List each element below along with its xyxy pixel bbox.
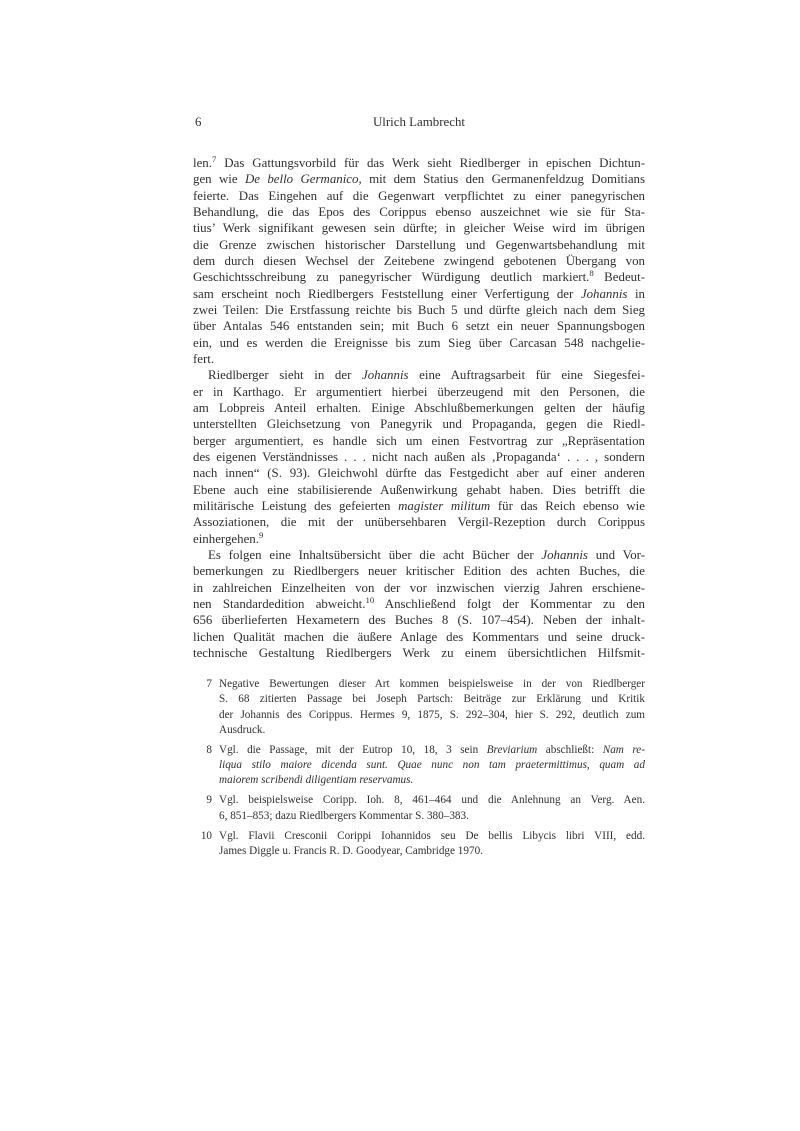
text-segment: Johannis — [581, 287, 628, 301]
text-segment: Negative Bewertungen dieser Art kommen b… — [219, 678, 645, 690]
footnote: 8Vgl. die Passage, mit der Eutrop 10, 18… — [193, 743, 645, 789]
text-line: nen Standardedition abweicht.10 Anschlie… — [193, 596, 645, 612]
footnote-number: 8 — [193, 743, 212, 789]
text-line: am Lobpreis Anteil erhalten. Einige Absc… — [193, 400, 645, 416]
text-segment: die Grenze zwischen historischer Darstel… — [193, 238, 645, 252]
text-segment: Vgl. die Passage, mit der Eutrop 10, 18,… — [219, 744, 487, 756]
text-line: einhergehen.9 — [193, 531, 645, 547]
text-segment: feierte. Das Eingehen auf die Gegenwart … — [193, 189, 645, 203]
paragraph: len.7 Das Gattungsvorbild für das Werk s… — [193, 155, 645, 367]
text-line: bemerkungen zu Riedlbergers neuer kritis… — [193, 563, 645, 579]
text-line: Behandlung, die das Epos des Corippus eb… — [193, 204, 645, 220]
text-segment: des eigenen Verständnisses . . . nicht n… — [193, 450, 645, 464]
text-segment: Bedeut- — [594, 270, 645, 284]
text-segment: technische Gestaltung Riedlbergers Werk … — [193, 646, 645, 660]
text-line: sam erscheint noch Riedlbergers Feststel… — [193, 286, 645, 302]
footnote-reference: 9 — [259, 530, 263, 540]
text-line: in zahlreichen Einzelheiten von der vor … — [193, 580, 645, 596]
footnote-reference: 10 — [365, 595, 374, 605]
document-page: 6 Ulrich Lambrecht len.7 Das Gattungsvor… — [0, 0, 800, 1131]
text-line: die Grenze zwischen historischer Darstel… — [193, 237, 645, 253]
text-segment: in — [627, 287, 645, 301]
text-segment: Assoziationen, die mit der unübersehbare… — [193, 515, 645, 529]
text-line: gen wie De bello Germanico, mit dem Stat… — [193, 171, 645, 187]
text-segment: len. — [193, 156, 212, 170]
text-segment: Vgl. beispielsweise Coripp. Ioh. 8, 461–… — [219, 794, 645, 806]
text-line: liqua stilo maiore dicenda sunt. Quae nu… — [219, 758, 645, 773]
text-segment: über Antalas 546 entstanden sein; mit Bu… — [193, 319, 645, 333]
text-segment: ein, und es werden die Ereignisse bis zu… — [193, 336, 645, 350]
text-line: Riedlberger sieht in der Johannis eine A… — [193, 367, 645, 383]
footnote: 7Negative Bewertungen dieser Art kommen … — [193, 677, 645, 738]
text-line: 656 überlieferten Hexametern des Buches … — [193, 612, 645, 628]
text-line: fert. — [193, 351, 645, 367]
text-line: über Antalas 546 entstanden sein; mit Bu… — [193, 318, 645, 334]
text-segment: maiorem scribendi diligentiam reservamus… — [219, 774, 413, 786]
text-segment: er in Karthago. Er argumentiert hierbei … — [193, 385, 645, 399]
text-line: nach innen“ (S. 93). Gleichwohl dürfte d… — [193, 465, 645, 481]
text-line: 6, 851–853; dazu Riedlbergers Kommentar … — [219, 809, 645, 824]
text-line: zwei Teilen: Die Erstfassung reichte bis… — [193, 302, 645, 318]
text-line: er in Karthago. Er argumentiert hierbei … — [193, 384, 645, 400]
text-segment: sam erscheint noch Riedlbergers Feststel… — [193, 287, 581, 301]
text-segment: gen wie — [193, 172, 245, 186]
text-segment: nen Standardedition abweicht. — [193, 597, 365, 611]
text-segment: Ebene auch eine stabilisierende Außenwir… — [193, 483, 645, 497]
footnote-number: 7 — [193, 677, 212, 738]
body-text: len.7 Das Gattungsvorbild für das Werk s… — [193, 155, 645, 661]
text-line: des eigenen Verständnisses . . . nicht n… — [193, 449, 645, 465]
text-line: James Diggle u. Francis R. D. Goodyear, … — [219, 844, 645, 859]
text-segment: De bello Germanico — [245, 172, 359, 186]
text-segment: am Lobpreis Anteil erhalten. Einige Absc… — [193, 401, 645, 415]
footnotes-block: 7Negative Bewertungen dieser Art kommen … — [193, 677, 645, 859]
footnote: 9Vgl. beispielsweise Coripp. Ioh. 8, 461… — [193, 793, 645, 823]
text-line: tius’ Werk signifikant gewesen sein dürf… — [193, 220, 645, 236]
text-segment: Breviarium — [487, 744, 538, 756]
footnote-text: Vgl. beispielsweise Coripp. Ioh. 8, 461–… — [219, 793, 645, 823]
text-line: militärische Leistung des gefeierten mag… — [193, 498, 645, 514]
footnote-text: Vgl. Flavii Cresconii Corippi Iohannidos… — [219, 829, 645, 859]
footnote-number: 10 — [193, 829, 212, 859]
text-segment: James Diggle u. Francis R. D. Goodyear, … — [219, 845, 483, 857]
text-segment: fert. — [193, 352, 214, 366]
text-line: dem durch diesen Wechsel der Zeitebene z… — [193, 253, 645, 269]
text-line: lichen Qualität machen die äußere Anlage… — [193, 629, 645, 645]
text-line: technische Gestaltung Riedlbergers Werk … — [193, 645, 645, 661]
text-segment: Vgl. Flavii Cresconii Corippi Iohannidos… — [219, 830, 645, 842]
text-line: der Johannis des Corippus. Hermes 9, 187… — [219, 708, 645, 723]
text-segment: 656 überlieferten Hexametern des Buches … — [193, 613, 645, 627]
text-segment: der Johannis des Corippus. Hermes 9, 187… — [219, 709, 645, 721]
page-number: 6 — [195, 114, 201, 131]
text-segment: Das Gattungsvorbild für das Werk sieht R… — [216, 156, 645, 170]
text-line: Vgl. die Passage, mit der Eutrop 10, 18,… — [219, 743, 645, 758]
text-segment: Behandlung, die das Epos des Corippus eb… — [193, 205, 645, 219]
text-segment: unterstellten Gleichsetzung von Panegyri… — [193, 417, 645, 431]
text-segment: einhergehen. — [193, 532, 259, 546]
text-segment: bemerkungen zu Riedlbergers neuer kritis… — [193, 564, 645, 578]
text-segment: Riedlberger sieht in der — [208, 368, 362, 382]
text-column: 6 Ulrich Lambrecht len.7 Das Gattungsvor… — [193, 114, 645, 859]
text-line: unterstellten Gleichsetzung von Panegyri… — [193, 416, 645, 432]
text-segment: Johannis — [541, 548, 588, 562]
running-head-title: Ulrich Lambrecht — [193, 114, 645, 131]
text-segment: in zahlreichen Einzelheiten von der vor … — [193, 581, 645, 595]
text-line: S. 68 zitierten Passage bei Joseph Parts… — [219, 692, 645, 707]
text-line: feierte. Das Eingehen auf die Gegenwart … — [193, 188, 645, 204]
text-line: Ebene auch eine stabilisierende Außenwir… — [193, 482, 645, 498]
text-segment: dem durch diesen Wechsel der Zeitebene z… — [193, 254, 645, 268]
text-segment: abschließt: — [537, 744, 602, 756]
paragraph: Es folgen eine Inhaltsübersicht über die… — [193, 547, 645, 661]
footnote-text: Negative Bewertungen dieser Art kommen b… — [219, 677, 645, 738]
text-line: Es folgen eine Inhaltsübersicht über die… — [193, 547, 645, 563]
footnote-number: 9 — [193, 793, 212, 823]
text-segment: eine Auftragsarbeit für eine Siegesfei- — [409, 368, 645, 382]
text-line: Negative Bewertungen dieser Art kommen b… — [219, 677, 645, 692]
paragraph: Riedlberger sieht in der Johannis eine A… — [193, 367, 645, 547]
text-segment: nach innen“ (S. 93). Gleichwohl dürfte d… — [193, 466, 645, 480]
text-segment: magister militum — [398, 499, 490, 513]
text-line: len.7 Das Gattungsvorbild für das Werk s… — [193, 155, 645, 171]
text-segment: , mit dem Statius den Germanenfeldzug Do… — [358, 172, 645, 186]
text-segment: Johannis — [362, 368, 409, 382]
text-segment: Geschichtsschreibung zu panegyrischer Wü… — [193, 270, 589, 284]
text-segment: 6, 851–853; dazu Riedlbergers Kommentar … — [219, 810, 469, 822]
text-line: Vgl. beispielsweise Coripp. Ioh. 8, 461–… — [219, 793, 645, 808]
text-line: berger argumentiert, es handle sich um e… — [193, 433, 645, 449]
text-segment: Nam re- — [603, 744, 645, 756]
footnote-text: Vgl. die Passage, mit der Eutrop 10, 18,… — [219, 743, 645, 789]
running-header: 6 Ulrich Lambrecht — [193, 114, 645, 131]
text-line: maiorem scribendi diligentiam reservamus… — [219, 773, 645, 788]
text-segment: Ausdruck. — [219, 724, 265, 736]
text-segment: militärische Leistung des gefeierten — [193, 499, 398, 513]
text-segment: und Vor- — [588, 548, 645, 562]
text-segment: tius’ Werk signifikant gewesen sein dürf… — [193, 221, 645, 235]
text-segment: Anschließend folgt der Kommentar zu den — [374, 597, 645, 611]
footnote: 10Vgl. Flavii Cresconii Corippi Iohannid… — [193, 829, 645, 859]
text-segment: S. 68 zitierten Passage bei Joseph Parts… — [219, 693, 645, 705]
text-segment: lichen Qualität machen die äußere Anlage… — [193, 630, 645, 644]
text-segment: zwei Teilen: Die Erstfassung reichte bis… — [193, 303, 645, 317]
text-segment: Es folgen eine Inhaltsübersicht über die… — [208, 548, 541, 562]
text-segment: liqua stilo maiore dicenda sunt. Quae nu… — [219, 759, 645, 771]
text-segment: für das Reich ebenso wie — [490, 499, 645, 513]
text-line: Assoziationen, die mit der unübersehbare… — [193, 514, 645, 530]
text-segment: berger argumentiert, es handle sich um e… — [193, 434, 645, 448]
text-line: Ausdruck. — [219, 723, 645, 738]
text-line: Geschichtsschreibung zu panegyrischer Wü… — [193, 269, 645, 285]
text-line: Vgl. Flavii Cresconii Corippi Iohannidos… — [219, 829, 645, 844]
text-line: ein, und es werden die Ereignisse bis zu… — [193, 335, 645, 351]
